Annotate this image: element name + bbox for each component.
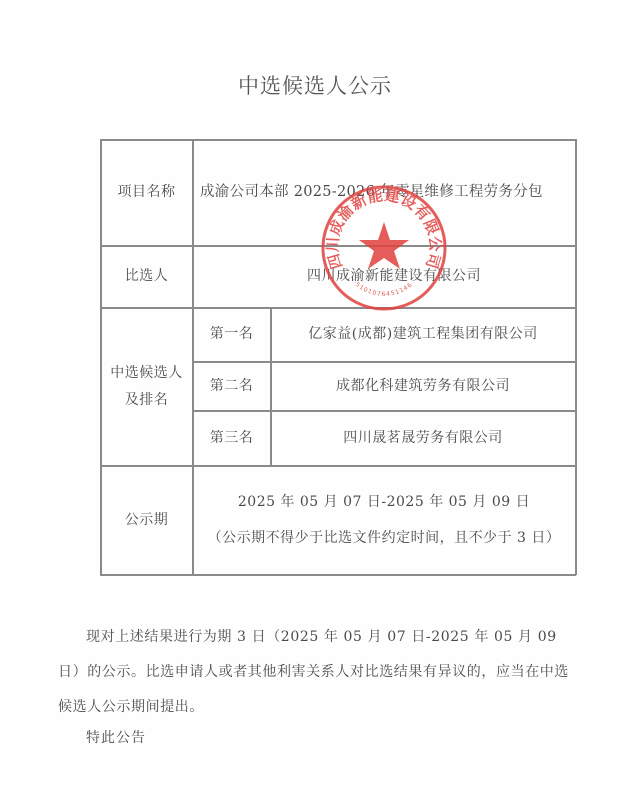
candidates-label: 中选候选人 及排名 (101, 308, 192, 465)
closing-text: 特此公告 (86, 727, 146, 747)
selector-value: 四川成渝新能建设有限公司 (193, 246, 575, 307)
period-note: （公示期不得少于比选文件约定时间，且不少于 3 日） (208, 520, 561, 556)
announcement-paragraph: 现对上述结果进行为期 3 日（2025 年 05 月 07 日-2025 年 0… (58, 620, 578, 725)
candidates-label-line2: 及排名 (125, 387, 169, 414)
table-border-right (575, 139, 577, 575)
candidates-label-line1: 中选候选人 (110, 360, 183, 387)
period-value: 2025 年 05 月 07 日-2025 年 05 月 09 日 （公示期不得… (193, 466, 575, 574)
selector-label: 比选人 (101, 246, 192, 307)
project-name-label: 项目名称 (101, 140, 192, 245)
rank-1-name: 亿家益(成都)建筑工程集团有限公司 (271, 308, 575, 361)
rank-2-name: 成都化科建筑劳务有限公司 (271, 362, 575, 410)
rank-2-label: 第二名 (193, 362, 270, 410)
rank-3-name: 四川晟茗晟劳务有限公司 (271, 411, 575, 465)
period-label: 公示期 (101, 466, 192, 574)
table-border-bottom (100, 574, 576, 576)
rank-3-label: 第三名 (193, 411, 270, 465)
period-dates: 2025 年 05 月 07 日-2025 年 05 月 09 日 (238, 484, 530, 520)
document-title: 中选候选人公示 (0, 70, 630, 100)
project-name-value: 成渝公司本部 2025-2026 年零星维修工程劳务分包 (193, 140, 575, 245)
rank-1-label: 第一名 (193, 308, 270, 361)
